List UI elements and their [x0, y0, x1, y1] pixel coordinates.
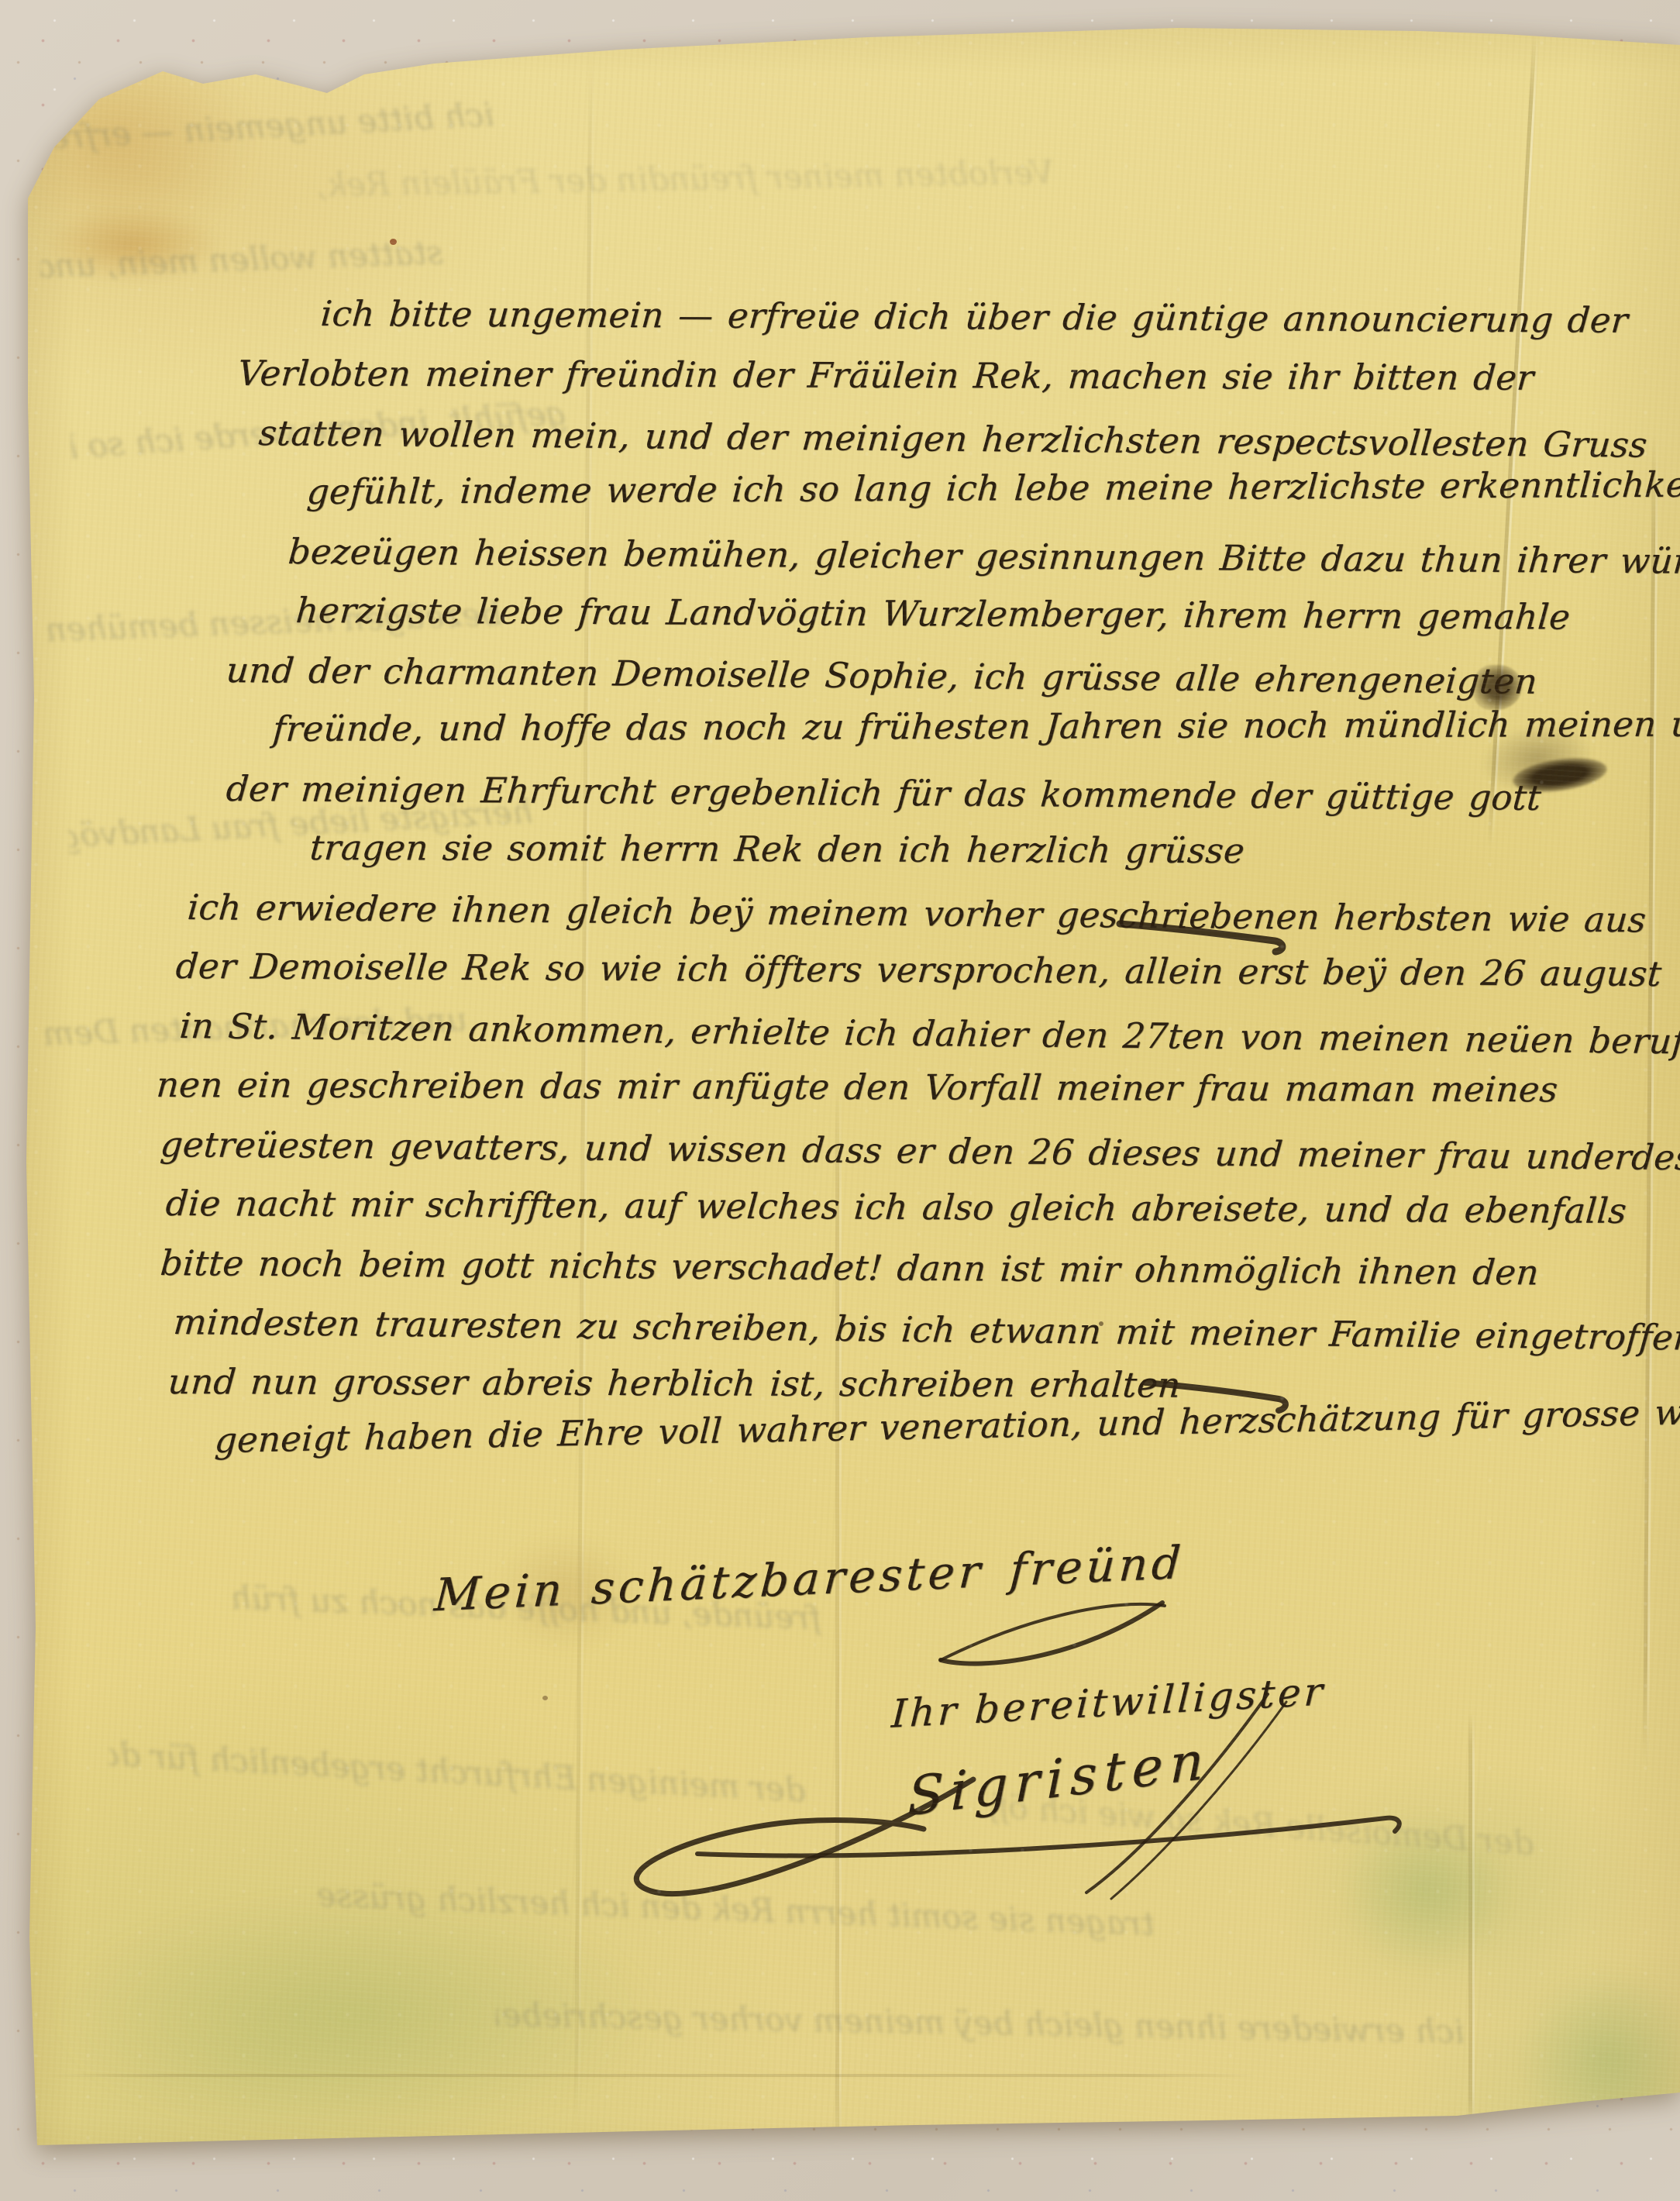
letter-body: ich bitte ungemein — erfreüe dich über d…: [304, 0, 1637, 2201]
stain-left-margin-smear: [43, 208, 221, 281]
scanned-letter-page: ich bitte ungemein — erfreüe dich über d…: [0, 0, 1680, 2201]
letter-line: ich bitte ungemein — erfreüe dich über d…: [319, 293, 1630, 342]
stain-top-left-corner: [0, 31, 256, 248]
letter-line: tragen sie somit herrn Rek den ich herzl…: [308, 827, 1246, 872]
letter-line: getreüesten gevatters, und wissen dass e…: [159, 1124, 1680, 1180]
letter-line: und nun grosser abreis herblich ist, sch…: [167, 1361, 1182, 1407]
letter-line: und der charmanten Demoiselle Sophie, ic…: [225, 649, 1539, 703]
letter-line: bitte noch beim gott nichts verschadet! …: [159, 1242, 1541, 1293]
fold-crease-right-middle: [1643, 434, 1656, 1767]
letter-line: gefühlt, indeme werde ich so lang ich le…: [305, 463, 1680, 513]
letter-line: die nacht mir schrifften, auf welches ic…: [164, 1183, 1628, 1232]
letter-line: herzigste liebe frau Landvögtin Wurzlemb…: [294, 590, 1572, 639]
letter-line: freünde, und hoffe das noch zu frühesten…: [271, 703, 1680, 750]
paper-shadow: ich bitte ungemein — erfreüe dich über d…: [0, 0, 1680, 2201]
letter-paper: ich bitte ungemein — erfreüe dich über d…: [0, 0, 1680, 2201]
letter-line: Verlobten meiner freündin der Fräülein R…: [236, 353, 1535, 399]
letter-line: nen ein geschreiben das mir anfügte den …: [155, 1064, 1559, 1111]
letter-line: bezeügen heissen bemühen, gleicher gesin…: [287, 531, 1680, 584]
letter-line: mindesten trauresten zu schreiben, bis i…: [172, 1301, 1680, 1359]
letter-line: statten wollen mein, und der meinigen he…: [257, 412, 1649, 467]
letter-line: ich erwiedere ihnen gleich beÿ meinem vo…: [186, 887, 1647, 941]
letter-line: der Demoiselle Rek so wie ich öffters ve…: [174, 945, 1663, 995]
letter-line: der meinigen Ehrfurcht ergebenlich für d…: [225, 768, 1543, 819]
letter-line: in St. Moritzen ankommen, erhielte ich d…: [178, 1005, 1680, 1063]
